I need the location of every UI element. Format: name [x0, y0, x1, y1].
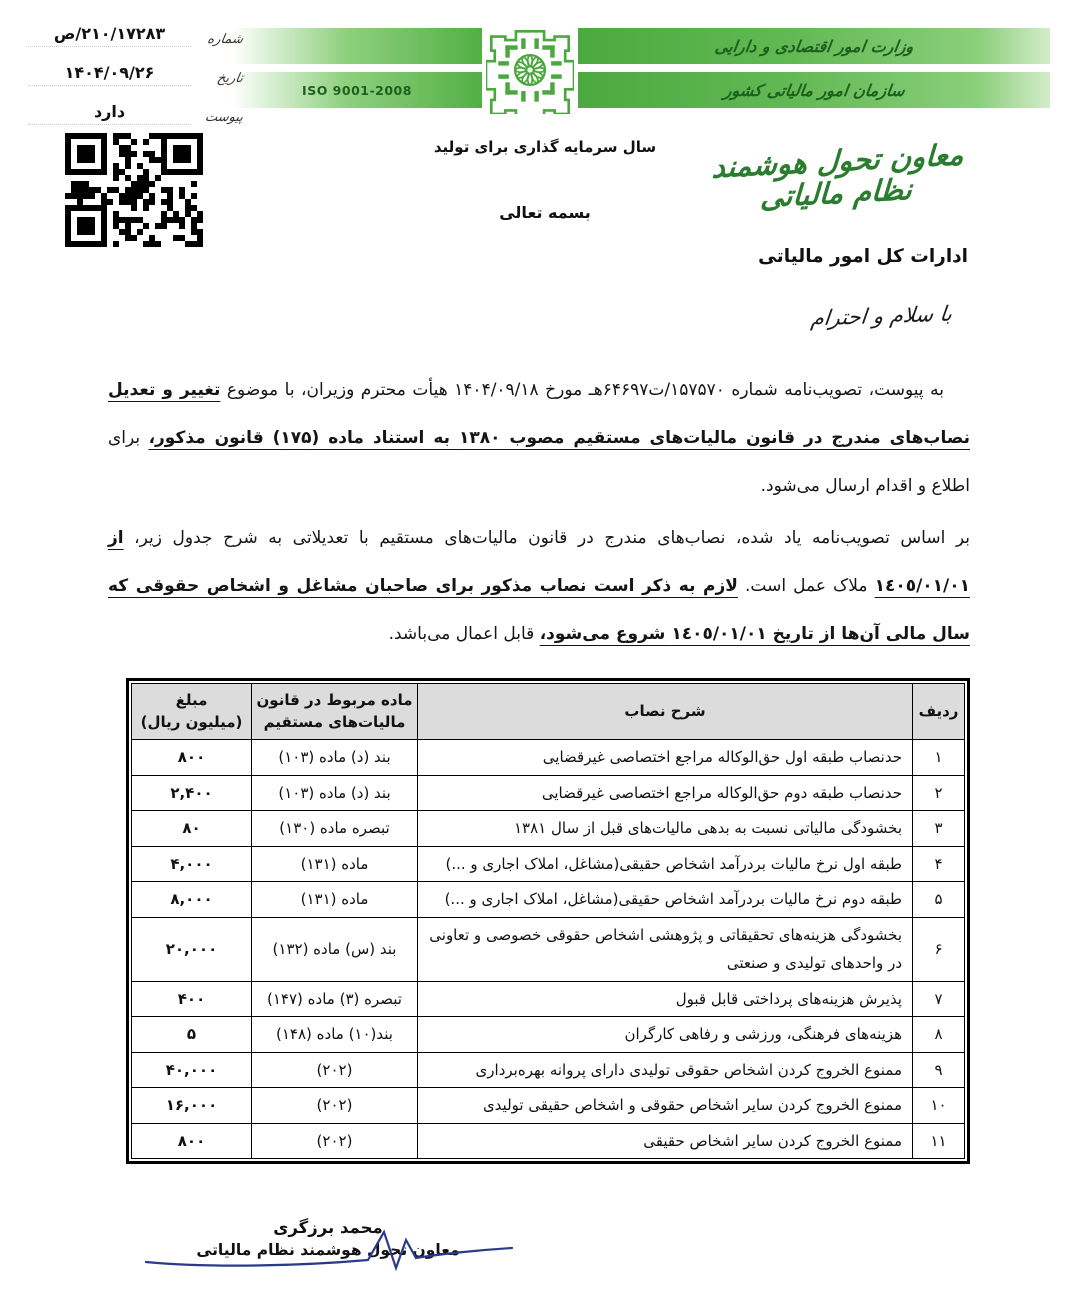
- banner-bar-top-left: [232, 28, 482, 64]
- table-row: ۳بخشودگی مالیاتی نسبت به بدهی مالیات‌های…: [132, 811, 965, 847]
- p2-text-mid: ملاک عمل است.: [738, 576, 875, 596]
- row-article: تبصره (۳) ماده (۱۴۷): [252, 981, 418, 1017]
- p2-text-start: بر اساس تصویب‌نامه یاد شده، نصاب‌های مند…: [124, 528, 970, 548]
- row-description: هزینه‌های فرهنگی، ورزشی و رفاهی کارگران: [418, 1017, 913, 1053]
- row-number: ۳: [913, 811, 965, 847]
- row-number: ۱۱: [913, 1123, 965, 1159]
- letter-date-row: تاریخ ۱۴۰۴/۰۹/۲۶: [28, 63, 243, 86]
- row-number: ۶: [913, 917, 965, 981]
- header-article-line1: ماده مربوط در قانون: [257, 691, 413, 709]
- row-description: حدنصاب طبقه اول حق‌الوکاله مراجع اختصاصی…: [418, 740, 913, 776]
- header-banner: ISO 9001-2008 وزارت امور اقتصادی و دارای…: [232, 28, 1050, 112]
- table-row: ۶بخشودگی هزینه‌های تحقیقاتی و پژوهشی اشخ…: [132, 917, 965, 981]
- row-number: ۴: [913, 846, 965, 882]
- row-number: ۹: [913, 1052, 965, 1088]
- row-description: ممنوع الخروج کردن سایر اشخاص حقیقی: [418, 1123, 913, 1159]
- paragraph-effective-date: بر اساس تصویب‌نامه یاد شده، نصاب‌های مند…: [108, 514, 970, 658]
- row-amount: ۸۰۰: [132, 740, 252, 776]
- row-description: طبقه اول نرخ مالیات بردرآمد اشخاص حقیقی(…: [418, 846, 913, 882]
- year-slogan: سال سرمایه گذاری برای تولید: [375, 138, 715, 156]
- row-amount: ۱۶,۰۰۰: [132, 1088, 252, 1124]
- signature-block: محمد برزگری معاون تحول هوشمند نظام مالیا…: [168, 1218, 488, 1259]
- row-article: (۲۰۲): [252, 1123, 418, 1159]
- banner-bar-top-right: وزارت امور اقتصادی و دارایی: [578, 28, 1050, 64]
- row-amount: ۸,۰۰۰: [132, 882, 252, 918]
- row-article: بند (د) ماده (۱۰۳): [252, 775, 418, 811]
- recipient-title: ادارات کل امور مالیاتی: [758, 246, 968, 267]
- row-description: طبقه دوم نرخ مالیات بردرآمد اشخاص حقیقی(…: [418, 882, 913, 918]
- row-article: بند (س) ماده (۱۳۲): [252, 917, 418, 981]
- bismillah-text: بسمه تعالی: [375, 203, 715, 222]
- row-amount: ۴۰,۰۰۰: [132, 1052, 252, 1088]
- row-amount: ۲۰,۰۰۰: [132, 917, 252, 981]
- header-row-number: ردیف: [913, 684, 965, 740]
- deputy-calligraphy: معاون تحول هوشمند نظام مالیاتی: [681, 138, 994, 218]
- letter-meta: شماره ۲۱۰/۱۷۲۸۳/ص تاریخ ۱۴۰۴/۰۹/۲۶ پیوست…: [28, 24, 243, 141]
- row-description: بخشودگی هزینه‌های تحقیقاتی و پژوهشی اشخا…: [418, 917, 913, 981]
- row-number: ۲: [913, 775, 965, 811]
- row-article: ماده (۱۳۱): [252, 882, 418, 918]
- letter-date-value: ۱۴۰۴/۰۹/۲۶: [28, 63, 191, 86]
- row-number: ۱۰: [913, 1088, 965, 1124]
- paragraph-decree-reference: به پیوست، تصویب‌نامه شماره ۱۵۷۵۷۰/ت۶۴۶۹۷…: [108, 366, 970, 510]
- row-article: تبصره ماده (۱۳۰): [252, 811, 418, 847]
- scanned-letter: { "meta": { "number_label": "شماره", "nu…: [0, 0, 1080, 1315]
- table-row: ۱حدنصاب طبقه اول حق‌الوکاله مراجع اختصاص…: [132, 740, 965, 776]
- header-amount-line2: (میلیون ریال): [141, 713, 243, 731]
- signer-name: محمد برزگری: [168, 1218, 488, 1237]
- qr-code: [64, 132, 204, 250]
- organization-name: سازمان امور مالیاتی کشور: [722, 81, 905, 100]
- row-article: ماده (۱۳۱): [252, 846, 418, 882]
- row-number: ۸: [913, 1017, 965, 1053]
- row-amount: ۴,۰۰۰: [132, 846, 252, 882]
- table-row: ۵طبقه دوم نرخ مالیات بردرآمد اشخاص حقیقی…: [132, 882, 965, 918]
- table-row: ۱۱ممنوع الخروج کردن سایر اشخاص حقیقی(۲۰۲…: [132, 1123, 965, 1159]
- header-amount-line1: مبلغ: [176, 691, 208, 709]
- letter-attachment-label: پیوست: [190, 110, 245, 125]
- signer-title: معاون تحول هوشمند نظام مالیاتی: [168, 1241, 488, 1259]
- nisab-table-body: ۱حدنصاب طبقه اول حق‌الوکاله مراجع اختصاص…: [132, 740, 965, 1159]
- row-amount: ۸۰: [132, 811, 252, 847]
- row-amount: ۲,۴۰۰: [132, 775, 252, 811]
- row-article: بند (د) ماده (۱۰۳): [252, 740, 418, 776]
- center-column: سال سرمایه گذاری برای تولید بسمه تعالی: [375, 138, 715, 222]
- letter-number-value: ۲۱۰/۱۷۲۸۳/ص: [28, 24, 191, 47]
- nisab-table: ردیف شرح نصاب ماده مربوط در قانون مالیات…: [126, 678, 970, 1164]
- row-number: ۵: [913, 882, 965, 918]
- banner-bar-bottom-right: سازمان امور مالیاتی کشور: [578, 72, 1050, 108]
- table-row: ۹ممنوع الخروج کردن اشخاص حقوقی تولیدی دا…: [132, 1052, 965, 1088]
- p1-text-start: به پیوست، تصویب‌نامه شماره ۱۵۷۵۷۰/ت۶۴۶۹۷…: [220, 380, 944, 400]
- letter-attachment-value: دارد: [28, 102, 191, 125]
- banner-bar-bottom-left: ISO 9001-2008: [232, 72, 482, 108]
- row-number: ۷: [913, 981, 965, 1017]
- row-description: پذیرش هزینه‌های پرداختی قابل قبول: [418, 981, 913, 1017]
- table-header-row: ردیف شرح نصاب ماده مربوط در قانون مالیات…: [132, 684, 965, 740]
- row-description: بخشودگی مالیاتی نسبت به بدهی مالیات‌های …: [418, 811, 913, 847]
- row-article: (۲۰۲): [252, 1052, 418, 1088]
- tax-administration-logo-icon: [482, 24, 578, 116]
- header-description: شرح نصاب: [418, 684, 913, 740]
- table-row: ۸هزینه‌های فرهنگی، ورزشی و رفاهی کارگران…: [132, 1017, 965, 1053]
- row-amount: ۴۰۰: [132, 981, 252, 1017]
- p2-text-end: قابل اعمال می‌باشد.: [389, 624, 540, 644]
- ministry-name: وزارت امور اقتصادی و دارایی: [713, 37, 914, 56]
- table-row: ۱۰ممنوع الخروج کردن سایر اشخاص حقوقی و ا…: [132, 1088, 965, 1124]
- row-description: حدنصاب طبقه دوم حق‌الوکاله مراجع اختصاصی…: [418, 775, 913, 811]
- iso-certification-label: ISO 9001-2008: [302, 83, 412, 98]
- header-article-line2: مالیات‌های مستقیم: [264, 713, 406, 731]
- row-amount: ۸۰۰: [132, 1123, 252, 1159]
- header-article: ماده مربوط در قانون مالیات‌های مستقیم: [252, 684, 418, 740]
- row-article: (۲۰۲): [252, 1088, 418, 1124]
- row-description: ممنوع الخروج کردن سایر اشخاص حقوقی و اشخ…: [418, 1088, 913, 1124]
- table-row: ۴طبقه اول نرخ مالیات بردرآمد اشخاص حقیقی…: [132, 846, 965, 882]
- row-article: بند(۱۰) ماده (۱۴۸): [252, 1017, 418, 1053]
- row-amount: ۵: [132, 1017, 252, 1053]
- salutation-script: با سلام و احترام: [810, 301, 954, 330]
- row-description: ممنوع الخروج کردن اشخاص حقوقی تولیدی دار…: [418, 1052, 913, 1088]
- table-row: ۷پذیرش هزینه‌های پرداختی قابل قبولتبصره …: [132, 981, 965, 1017]
- header-amount: مبلغ (میلیون ریال): [132, 684, 252, 740]
- table-row: ۲حدنصاب طبقه دوم حق‌الوکاله مراجع اختصاص…: [132, 775, 965, 811]
- letter-number-row: شماره ۲۱۰/۱۷۲۸۳/ص: [28, 24, 243, 47]
- row-number: ۱: [913, 740, 965, 776]
- letter-attachment-row: پیوست دارد: [28, 102, 243, 125]
